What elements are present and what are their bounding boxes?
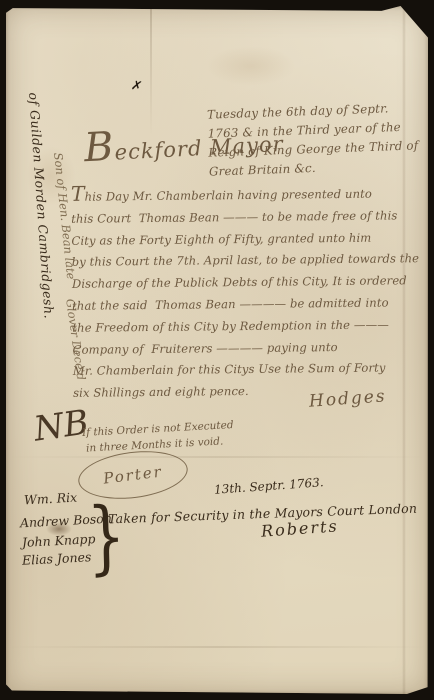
date-block: Tuesday the 6th day of Septr. 1763 & in … <box>207 98 420 181</box>
order-line: This Day Mr. Chamberlain having presente… <box>71 180 419 208</box>
witness-name: John Knapp <box>22 532 96 550</box>
witness-name: Wm. Rix <box>24 491 78 508</box>
crease-horizontal-low <box>6 646 428 648</box>
clerk-signature-hodges: Hodges <box>308 387 387 411</box>
witness-brace: } <box>86 492 126 582</box>
witness-name: Elias Jones <box>22 550 92 567</box>
porter-name: Porter <box>102 463 163 487</box>
photo-background: ✗ of Guilden Morden Cambridgesh. Son of … <box>0 0 434 700</box>
stain-faint-top <box>206 46 296 86</box>
crease-vertical-left <box>150 6 152 136</box>
reference-mark: ✗ <box>130 79 144 95</box>
crease-horizontal-mid <box>6 456 428 458</box>
margin-note-place: of Guilden Morden Cambridgesh. <box>26 92 56 319</box>
order-text: This Day Mr. Chamberlain having presente… <box>71 180 421 405</box>
clerk-signature-roberts: Roberts <box>260 517 339 540</box>
footer-date: 13th. Septr. 1763. <box>214 476 324 497</box>
manuscript-page: ✗ of Guilden Morden Cambridgesh. Son of … <box>6 6 428 694</box>
